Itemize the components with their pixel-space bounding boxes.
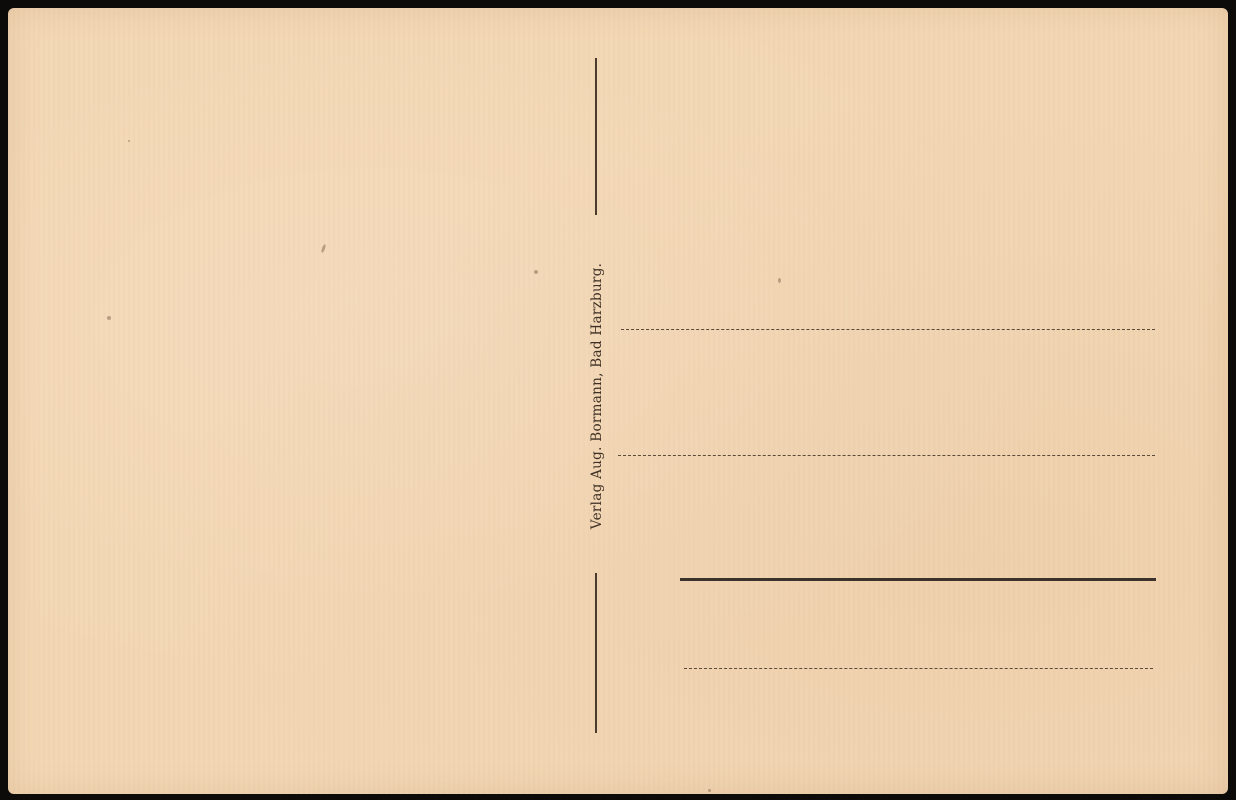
address-line-4	[684, 668, 1153, 669]
postcard-back: Verlag Aug. Bormann, Bad Harzburg.	[8, 8, 1228, 794]
center-divider-top	[595, 58, 597, 215]
address-line-3-solid	[680, 578, 1156, 581]
paper-speck	[321, 244, 327, 253]
address-line-1	[621, 329, 1155, 330]
paper-speck	[107, 316, 111, 320]
paper-speck	[534, 270, 538, 274]
paper-speck	[708, 789, 711, 792]
center-divider-bottom	[595, 573, 597, 733]
address-line-2	[618, 455, 1155, 456]
paper-speck	[128, 140, 130, 142]
publisher-imprint: Verlag Aug. Bormann, Bad Harzburg.	[589, 263, 605, 529]
paper-speck	[778, 278, 781, 283]
